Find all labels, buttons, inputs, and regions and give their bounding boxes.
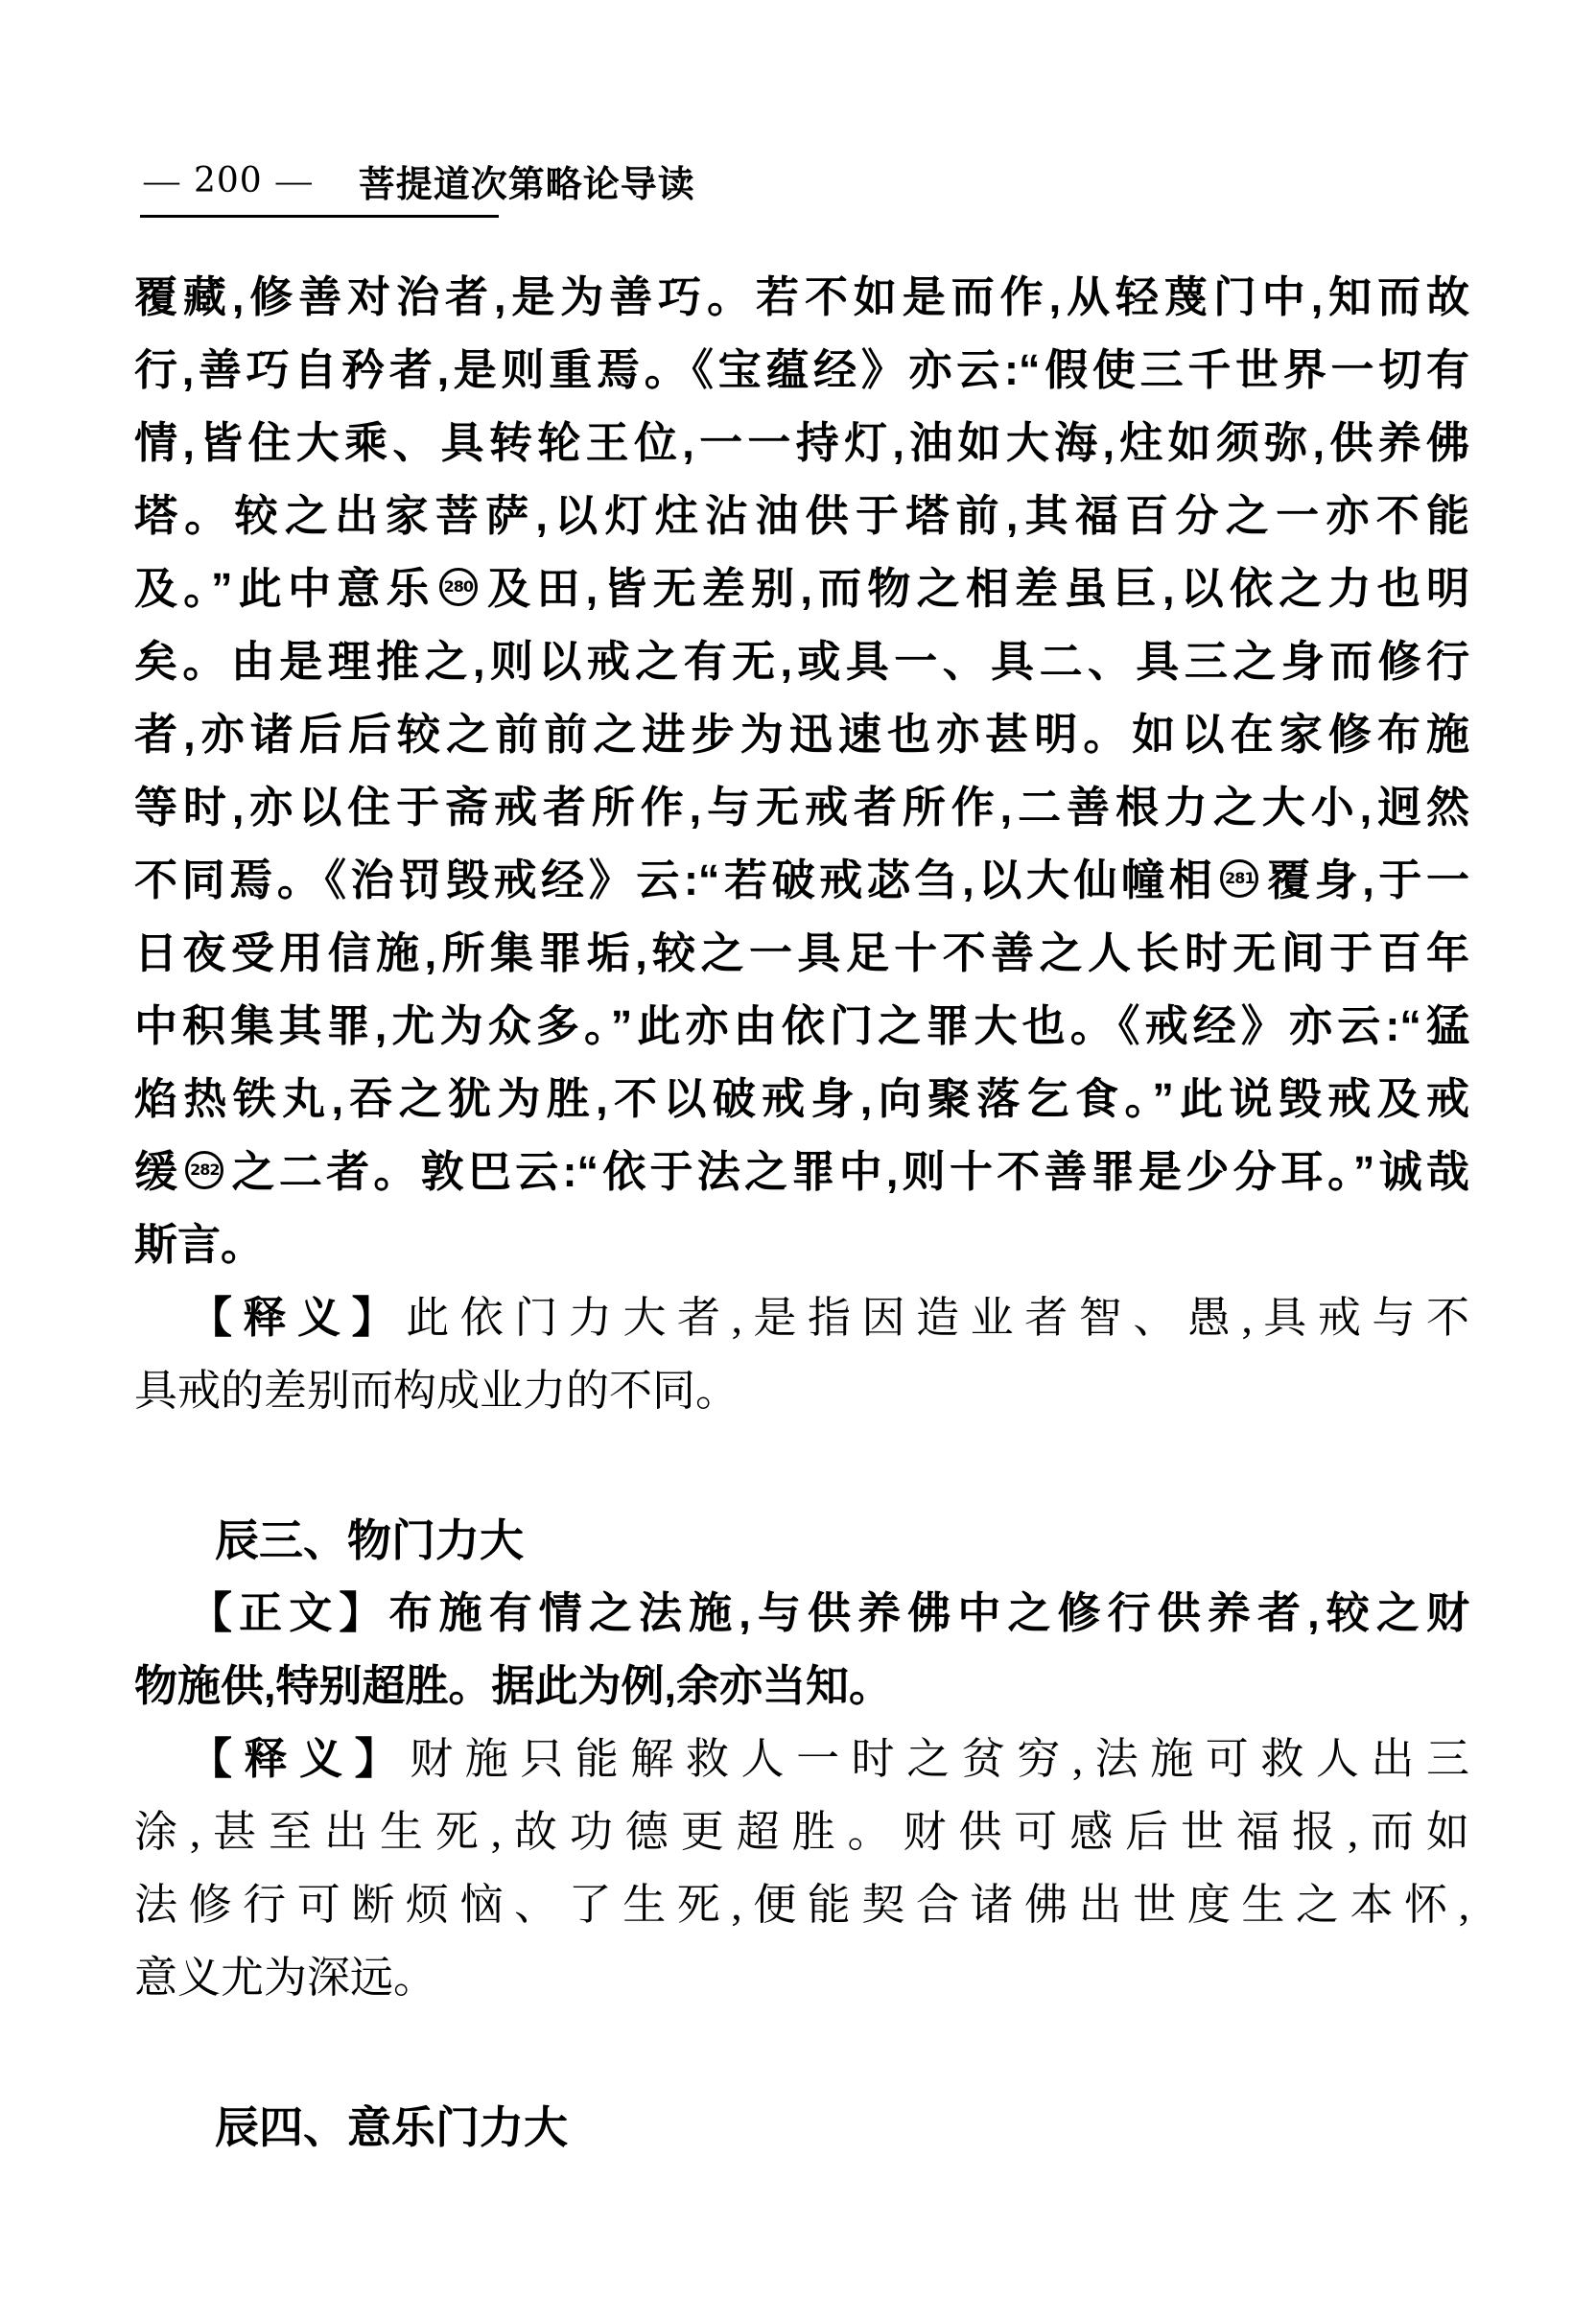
text-line: 日夜受用信施,所集罪垢,较之一具足十不善之人长时无间于百年	[134, 917, 1469, 990]
text-run: 及。”此中意乐	[134, 564, 435, 613]
text-run: 财施只能解救人一时之贫穷,法施可救人出三	[410, 1735, 1469, 1783]
paragraph: 【释义】财施只能解救人一时之贫穷,法施可救人出三涂,甚至出生死,故功德更超胜。财…	[134, 1723, 1469, 2014]
header-underline	[140, 215, 499, 218]
book-title: 菩提道次第略论导读	[359, 154, 695, 207]
text-run: 焰热铁丸,吞之犹为胜,不以破戒身,向聚落乞食。”此说毁戒及戒	[134, 1074, 1469, 1123]
page-number: 200	[194, 161, 263, 200]
paragraph: 【正文】布施有情之法施,与供养佛中之修行供养者,较之财物施供,特别超胜。据此为例…	[134, 1577, 1469, 1723]
bracket-label: 【正文】	[189, 1588, 388, 1637]
text-run: 物施供,特别超胜。据此为例,余亦当知。	[134, 1661, 892, 1710]
text-run: 中积集其罪,尤为众多。”此亦由依门之罪大也。《戒经》亦云:“猛	[134, 1001, 1469, 1050]
text-line: 及。”此中意乐280及田,皆无差别,而物之相差虽巨,以依之力也明	[134, 552, 1469, 625]
text-line: 具戒的差别而构成业力的不同。	[134, 1354, 1469, 1427]
text-line: 缓282之二者。敦巴云:“依于法之罪中,则十不善罪是少分耳。”诚哉	[134, 1136, 1469, 1208]
text-run: 及田,皆无差别,而物之相差虽巨,以依之力也明	[481, 564, 1469, 613]
bracket-label: 【释义】	[189, 1293, 406, 1342]
text-run: 行,善巧自矜者,是则重焉。《宝蕴经》亦云:“假使三千世界一切有	[134, 345, 1469, 394]
header-dash-left: —	[144, 160, 180, 201]
text-line: 塔。较之出家菩萨,以灯炷沾油供于塔前,其福百分之一亦不能	[134, 480, 1469, 552]
paragraph: 【释义】此依门力大者,是指因造业者智、愚,具戒与不具戒的差别而构成业力的不同。	[134, 1281, 1469, 1427]
page-header: — 200 — 菩提道次第略论导读	[144, 155, 695, 205]
endnote-marker: 280	[439, 568, 478, 606]
text-line: 物施供,特别超胜。据此为例,余亦当知。	[134, 1650, 1469, 1723]
text-line: 行,善巧自矜者,是则重焉。《宝蕴经》亦云:“假使三千世界一切有	[134, 334, 1469, 407]
text-run: 具戒的差别而构成业力的不同。	[134, 1367, 739, 1415]
text-run: 法修行可断烦恼、了生死,便能契合诸佛出世度生之本怀,	[134, 1881, 1469, 1929]
text-run: 矣。由是理推之,则以戒之有无,或具一、具二、具三之身而修行	[134, 637, 1469, 686]
text-line: 等时,亦以住于斋戒者所作,与无戒者所作,二善根力之大小,迥然	[134, 771, 1469, 844]
text-run: 情,皆住大乘、具转轮王位,一一持灯,油如大海,炷如须弥,供养佛	[134, 418, 1469, 467]
text-run: 此依门力大者,是指因造业者智、愚,具戒与不	[406, 1294, 1469, 1342]
text-line: 不同焉。《治罚毁戒经》云:“若破戒苾刍,以大仙幢相281覆身,于一	[134, 844, 1469, 917]
text-run: 斯言。	[134, 1220, 264, 1269]
text-run: 意义尤为深远。	[134, 1954, 436, 2002]
text-line: 【释义】此依门力大者,是指因造业者智、愚,具戒与不	[134, 1281, 1469, 1354]
bracket-label: 【释义】	[189, 1734, 410, 1783]
book-page: — 200 — 菩提道次第略论导读 覆藏,修善对治者,是为善巧。若不如是而作,从…	[0, 0, 1596, 2298]
text-run: 不同焉。《治罚毁戒经》云:“若破戒苾刍,以大仙幢相	[134, 856, 1216, 904]
text-run: 缓	[134, 1147, 181, 1196]
text-run: 日夜受用信施,所集罪垢,较之一具足十不善之人长时无间于百年	[134, 928, 1469, 977]
header-dash-right: —	[276, 160, 313, 201]
text-run: 布施有情之法施,与供养佛中之修行供养者,较之财	[388, 1588, 1469, 1637]
text-run: 等时,亦以住于斋戒者所作,与无戒者所作,二善根力之大小,迥然	[134, 783, 1469, 832]
text-run: 覆藏,修善对治者,是为善巧。若不如是而作,从轻蔑门中,知而故	[134, 272, 1469, 321]
text-run: 覆身,于一	[1262, 856, 1469, 904]
text-run: 之二者。敦巴云:“依于法之罪中,则十不善罪是少分耳。”诚哉	[227, 1147, 1469, 1196]
text-line: 中积集其罪,尤为众多。”此亦由依门之罪大也。《戒经》亦云:“猛	[134, 990, 1469, 1063]
paragraph: 覆藏,修善对治者,是为善巧。若不如是而作,从轻蔑门中,知而故行,善巧自矜者,是则…	[134, 261, 1469, 1281]
section-heading: 辰四、意乐门力大	[134, 2091, 1469, 2164]
text-run: 者,亦诸后后较之前前之进步为迅速也亦甚明。如以在家修布施	[134, 710, 1469, 759]
section-heading: 辰三、物门力大	[134, 1504, 1469, 1577]
text-line: 【释义】财施只能解救人一时之贫穷,法施可救人出三	[134, 1723, 1469, 1795]
text-line: 法修行可断烦恼、了生死,便能契合诸佛出世度生之本怀,	[134, 1868, 1469, 1941]
text-line: 意义尤为深远。	[134, 1941, 1469, 2014]
text-line: 覆藏,修善对治者,是为善巧。若不如是而作,从轻蔑门中,知而故	[134, 261, 1469, 334]
text-run: 塔。较之出家菩萨,以灯炷沾油供于塔前,其福百分之一亦不能	[134, 491, 1469, 540]
page-body: 覆藏,修善对治者,是为善巧。若不如是而作,从轻蔑门中,知而故行,善巧自矜者,是则…	[134, 261, 1469, 2164]
text-line: 涂,甚至出生死,故功德更超胜。财供可感后世福报,而如	[134, 1795, 1469, 1868]
endnote-marker: 282	[185, 1151, 223, 1189]
text-line: 情,皆住大乘、具转轮王位,一一持灯,油如大海,炷如须弥,供养佛	[134, 407, 1469, 480]
endnote-marker: 281	[1220, 859, 1258, 898]
text-run: 涂,甚至出生死,故功德更超胜。财供可感后世福报,而如	[134, 1808, 1469, 1856]
text-line: 者,亦诸后后较之前前之进步为迅速也亦甚明。如以在家修布施	[134, 698, 1469, 771]
text-line: 焰热铁丸,吞之犹为胜,不以破戒身,向聚落乞食。”此说毁戒及戒	[134, 1063, 1469, 1136]
text-line: 矣。由是理推之,则以戒之有无,或具一、具二、具三之身而修行	[134, 625, 1469, 698]
text-line: 【正文】布施有情之法施,与供养佛中之修行供养者,较之财	[134, 1577, 1469, 1650]
text-line: 斯言。	[134, 1208, 1469, 1281]
